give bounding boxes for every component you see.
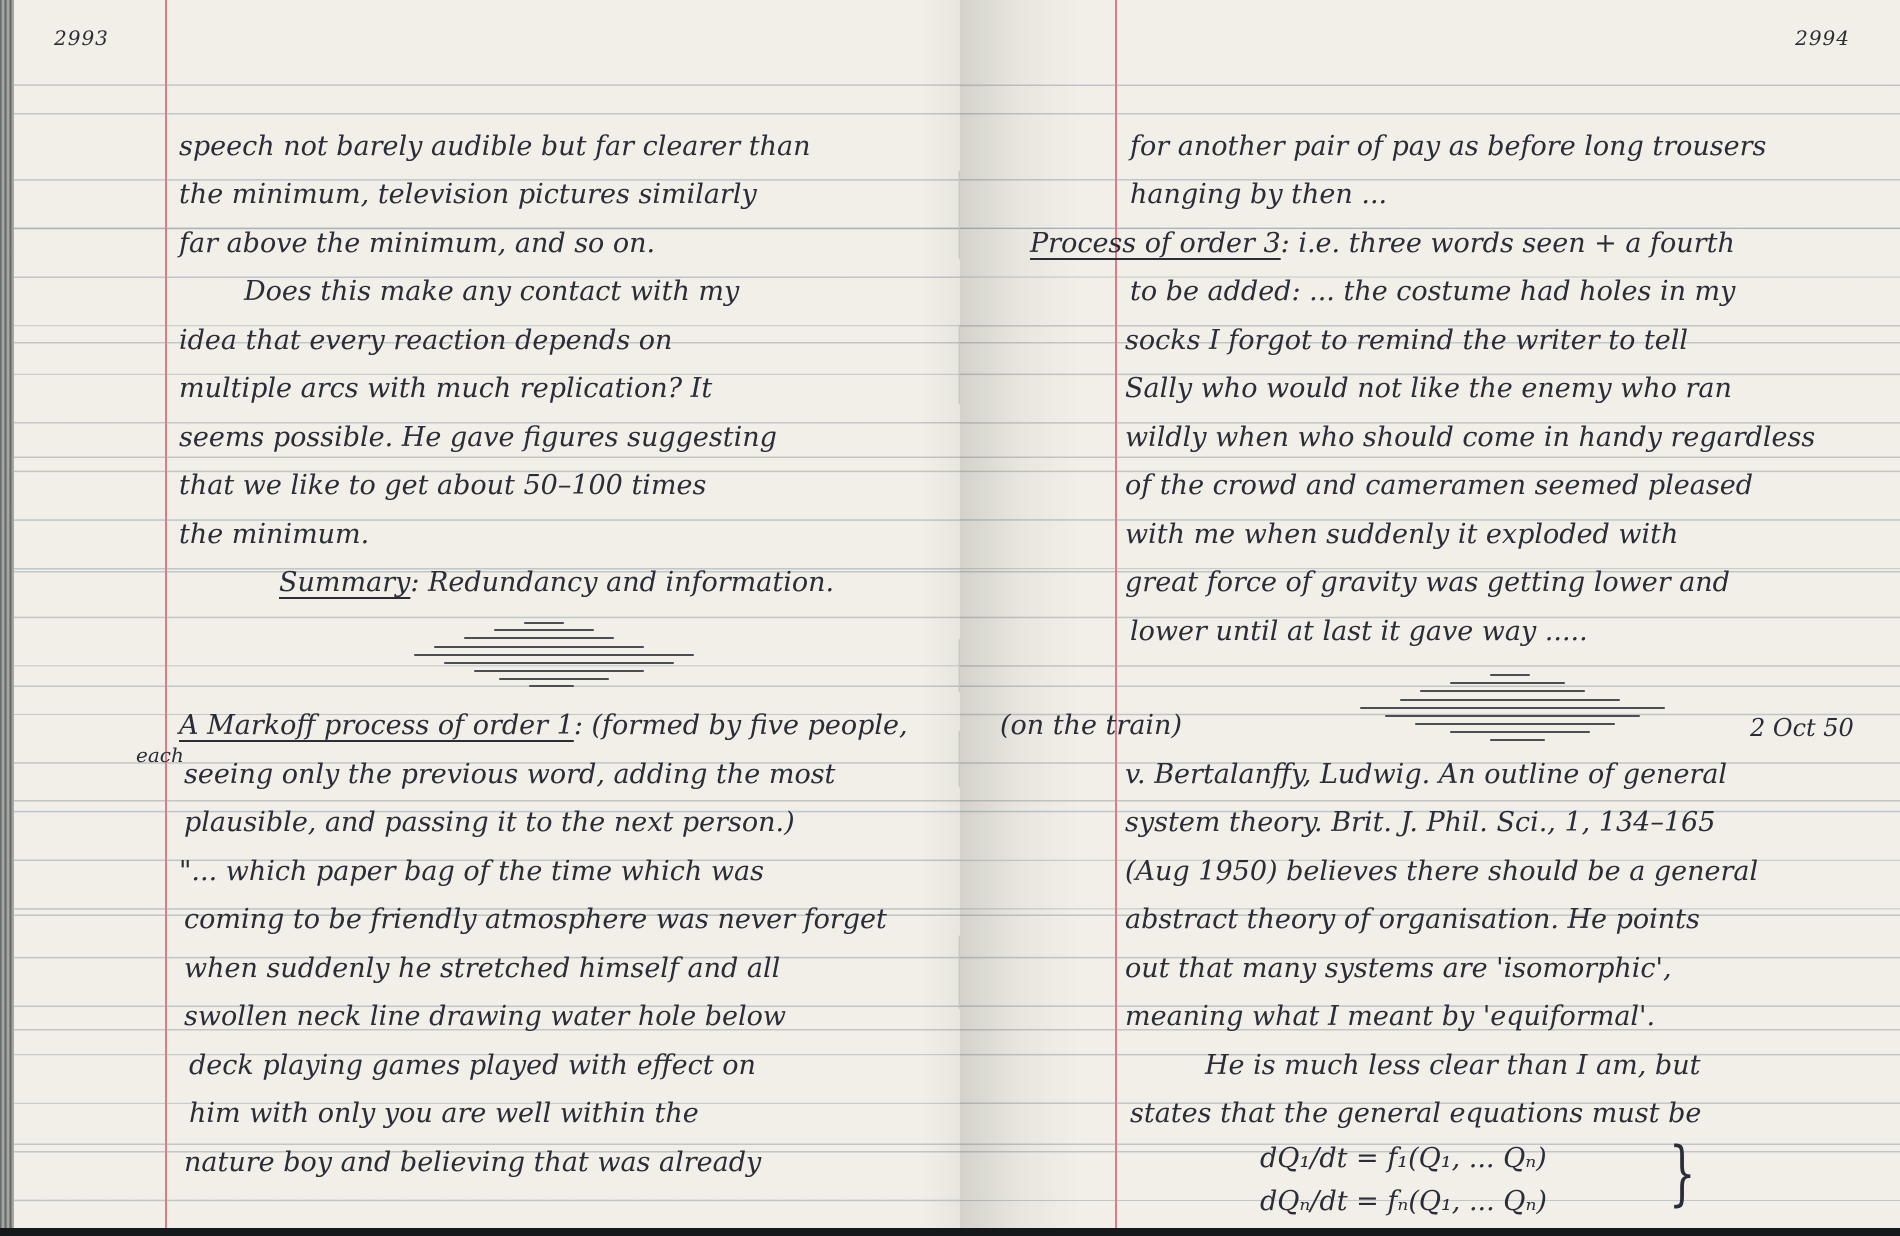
text-line: speech not barely audible but far cleare… bbox=[179, 133, 811, 160]
text-line: for another pair of pay as before long t… bbox=[1130, 133, 1766, 160]
text-line: system theory. Brit. J. Phil. Sci., 1, 1… bbox=[1125, 809, 1715, 836]
text-line: (Aug 1950) believes there should be a ge… bbox=[1125, 858, 1758, 885]
left-page: 2993 speech not barely audible but far c… bbox=[14, 0, 960, 1230]
section-intro: : (formed by five people, bbox=[574, 710, 908, 741]
gutter-shadow bbox=[920, 0, 960, 1230]
process-order-3-line: Process of order 3: i.e. three words see… bbox=[1030, 230, 1735, 257]
text-line: that we like to get about 50–100 times bbox=[179, 472, 706, 499]
margin-line bbox=[165, 0, 167, 1230]
text-line: hanging by then ... bbox=[1130, 181, 1387, 208]
text-line: him with only you are well within the bbox=[189, 1100, 699, 1127]
text-line: deck playing games played with effect on bbox=[189, 1052, 756, 1079]
text-line: the minimum. bbox=[179, 521, 369, 548]
text-line: multiple arcs with much replication? It bbox=[179, 375, 712, 402]
text-line: v. Bertalanffy, Ludwig. An outline of ge… bbox=[1125, 761, 1727, 788]
section-heading: A Markoff process of order 1 bbox=[179, 710, 574, 741]
text-line: out that many systems are 'isomorphic', bbox=[1125, 955, 1672, 982]
text-line: swollen neck line drawing water hole bel… bbox=[184, 1003, 786, 1030]
text-line: idea that every reaction depends on bbox=[179, 327, 672, 354]
margin-line bbox=[1115, 0, 1117, 1230]
text-line: Sally who would not like the enemy who r… bbox=[1125, 375, 1732, 402]
text-line: with me when suddenly it exploded with bbox=[1125, 521, 1678, 548]
text-line: nature boy and believing that was alread… bbox=[184, 1149, 761, 1176]
section-heading: Process of order 3 bbox=[1030, 228, 1281, 259]
text-line: "... which paper bag of the time which w… bbox=[179, 858, 764, 885]
equation-1: dQ₁/dt = f₁(Q₁, ... Qₙ) bbox=[1260, 1145, 1547, 1172]
text-line: Does this make any contact with my bbox=[244, 278, 739, 305]
text-line: wildly when who should come in handy reg… bbox=[1125, 424, 1815, 451]
text-line: He is much less clear than I am, but bbox=[1205, 1052, 1700, 1079]
text-line: when suddenly he stretched himself and a… bbox=[184, 955, 780, 982]
text-line: great force of gravity was getting lower… bbox=[1125, 569, 1730, 596]
markoff-heading-line: A Markoff process of order 1: (formed by… bbox=[179, 712, 908, 739]
text-line: states that the general equations must b… bbox=[1130, 1100, 1701, 1127]
page-number: 2994 bbox=[1795, 26, 1850, 50]
text-line: meaning what I meant by 'equiformal'. bbox=[1125, 1003, 1655, 1030]
equation-2: dQₙ/dt = fₙ(Q₁, ... Qₙ) bbox=[1260, 1188, 1547, 1215]
summary-line: Summary: Redundancy and information. bbox=[279, 569, 834, 596]
right-page: 2994 for another pair of pay as before l… bbox=[960, 0, 1900, 1230]
summary-heading: Summary bbox=[279, 567, 410, 598]
text-line: socks I forgot to remind the writer to t… bbox=[1125, 327, 1688, 354]
right-brace: } bbox=[1669, 1138, 1696, 1208]
gutter-shadow bbox=[960, 0, 1080, 1230]
text-line: seeing only the previous word, adding th… bbox=[184, 761, 835, 788]
text-line: seems possible. He gave figures suggesti… bbox=[179, 424, 777, 451]
section-divider bbox=[414, 620, 714, 695]
text-line: to be added: ... the costume had holes i… bbox=[1130, 278, 1735, 305]
entry-date: 2 Oct 50 bbox=[1750, 716, 1854, 740]
open-notebook: 2993 speech not barely audible but far c… bbox=[0, 0, 1900, 1236]
text-line: of the crowd and cameramen seemed please… bbox=[1125, 472, 1753, 499]
text-line: lower until at last it gave way ..... bbox=[1130, 618, 1588, 645]
book-bottom-edge bbox=[0, 1228, 1900, 1236]
text-line: far above the minimum, and so on. bbox=[179, 230, 655, 257]
section-intro: : i.e. three words seen + a fourth bbox=[1281, 228, 1735, 259]
text-line: coming to be friendly atmosphere was nev… bbox=[184, 906, 887, 933]
text-line: the minimum, television pictures similar… bbox=[179, 181, 757, 208]
entry-location: (on the train) bbox=[1000, 712, 1182, 739]
summary-text: : Redundancy and information. bbox=[410, 567, 834, 598]
text-line: abstract theory of organisation. He poin… bbox=[1125, 906, 1700, 933]
page-number: 2993 bbox=[54, 26, 109, 50]
section-divider bbox=[1360, 672, 1670, 747]
text-line-content: the minimum, television pictures similar… bbox=[179, 179, 757, 210]
text-line: plausible, and passing it to the next pe… bbox=[184, 809, 795, 836]
margin-insertion: each bbox=[136, 745, 184, 765]
